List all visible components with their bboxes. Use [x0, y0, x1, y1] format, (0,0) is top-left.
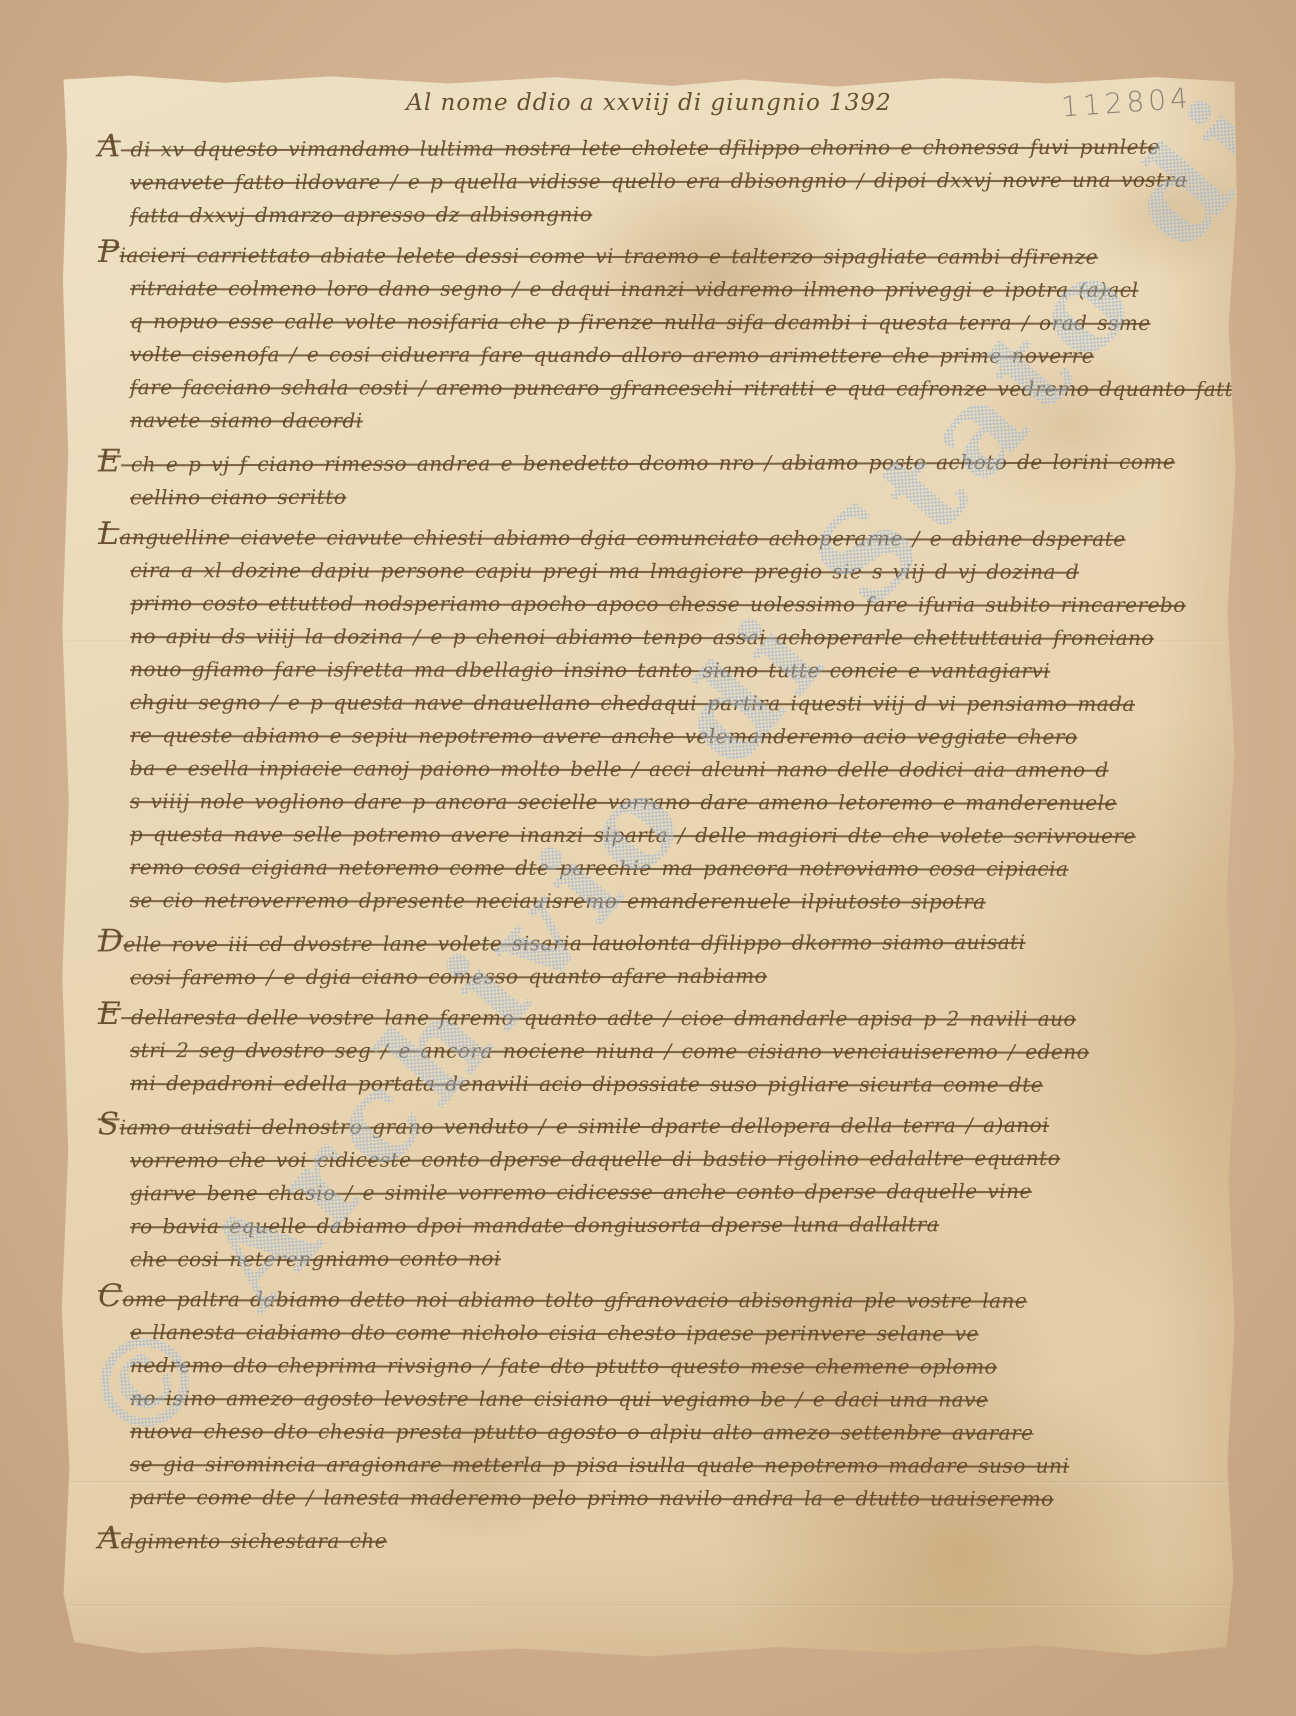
- manuscript-line: Adgimento sichestara che: [98, 1521, 1192, 1559]
- manuscript-line: ba e esella inpiacie canoj paiono molto …: [130, 752, 1192, 787]
- manuscript-line: p questa nave selle potremo avere inanzi…: [130, 818, 1192, 853]
- manuscript-line: nuova cheso dto chesia presta ptutto ago…: [130, 1415, 1192, 1450]
- manuscript-line: A di xv dquesto vimandamo lultima nostra…: [98, 129, 1192, 167]
- manuscript-line: stri 2 seg dvostro seg / e ancora nocien…: [130, 1034, 1192, 1069]
- manuscript-line: se gia siromincia aragionare metterla p …: [130, 1448, 1192, 1483]
- manuscript-page: Al nome ddio a xxviij di giungnio 1392 1…: [60, 74, 1238, 1658]
- manuscript-line: s viiij nole vogliono dare p ancora seci…: [130, 785, 1192, 820]
- manuscript-line: vorremo che voi cidiceste conto dperse d…: [130, 1142, 1192, 1178]
- manuscript-line: giarve bene chasio / e simile vorremo ci…: [130, 1175, 1192, 1211]
- letter-paragraph: E ch e p vj f ciano rimesso andrea e ben…: [98, 444, 1192, 515]
- manuscript-line: navete siamo dacordi: [130, 404, 1192, 439]
- manuscript-line: che cosi neterengniamo conto noi: [130, 1241, 1192, 1277]
- manuscript-line: remo cosa cigiana netoremo come dte pare…: [130, 851, 1192, 886]
- manuscript-line: no apiu ds viiij la dozina / e p chenoi …: [130, 620, 1192, 655]
- letter-paragraph: Adgimento sichestara che: [98, 1521, 1192, 1559]
- manuscript-line: Piacieri carriettato abiate lelete dessi…: [98, 237, 1192, 274]
- manuscript-line: cira a xl dozine dapiu persone capiu pre…: [130, 554, 1192, 589]
- letter-paragraph: Delle rove iii cd dvostre lane volete si…: [98, 924, 1192, 995]
- manuscript-line: se cio netroverremo dpresente neciauisre…: [130, 884, 1192, 919]
- manuscript-line: cosi faremo / e dgia ciano comesso quant…: [130, 959, 1192, 995]
- fold-crease: [60, 1604, 1238, 1607]
- letter-paragraph: A di xv dquesto vimandamo lultima nostra…: [98, 129, 1192, 233]
- manuscript-line: Languelline ciavete ciavute chiesti abia…: [98, 519, 1192, 556]
- manuscript-line: no isino amezo agosto levostre lane cisi…: [130, 1382, 1192, 1417]
- manuscript-line: nouo gfiamo fare isfretta ma dbellagio i…: [130, 653, 1192, 688]
- archive-mat: Al nome ddio a xxviij di giungnio 1392 1…: [0, 0, 1296, 1716]
- manuscript-line: E ch e p vj f ciano rimesso andrea e ben…: [98, 444, 1192, 482]
- manuscript-line: E dellaresta delle vostre lane faremo qu…: [98, 999, 1192, 1036]
- manuscript-line: re queste abiamo e sepiu nepotremo avere…: [130, 719, 1192, 754]
- manuscript-line: cellino ciano scritto: [130, 479, 1192, 515]
- letter-body: A di xv dquesto vimandamo lultima nostra…: [98, 130, 1192, 1564]
- letter-paragraph: Languelline ciavete ciavute chiesti abia…: [98, 519, 1193, 919]
- manuscript-line: Delle rove iii cd dvostre lane volete si…: [98, 924, 1192, 962]
- manuscript-line: volte cisenofa / e cosi ciduerra fare qu…: [130, 338, 1192, 373]
- manuscript-line: fatta dxxvj dmarzo apresso dz albisongni…: [130, 197, 1192, 233]
- letter-paragraph: Come paltra dabiamo detto noi abiamo tol…: [98, 1281, 1192, 1516]
- manuscript-line: q nopuo esse calle volte nosifaria che p…: [130, 305, 1192, 340]
- manuscript-line: primo costo ettuttod nodsperiamo apocho …: [130, 587, 1192, 622]
- manuscript-line: chgiu segno / e p questa nave dnauellano…: [130, 686, 1192, 721]
- manuscript-line: venavete fatto ildovare / e p quella vid…: [130, 164, 1192, 200]
- manuscript-line: Siamo auisati delnostro grano venduto / …: [98, 1107, 1192, 1145]
- manuscript-line: mi depadroni edella portata denavili aci…: [130, 1067, 1192, 1102]
- manuscript-line: parte come dte / lanesta maderemo pelo p…: [130, 1481, 1192, 1516]
- manuscript-line: fare facciano schala costi / aremo punca…: [130, 371, 1192, 406]
- manuscript-line: ro bavia equelle dabiamo dpoi mandate do…: [130, 1208, 1192, 1244]
- manuscript-line: nedremo dto cheprima rivsigno / fate dto…: [130, 1349, 1192, 1384]
- manuscript-line: e llanesta ciabiamo dto come nicholo cis…: [130, 1316, 1192, 1351]
- manuscript-line: ritraiate colmeno loro dano segno / e da…: [130, 272, 1192, 307]
- archive-number-pencil: 112804: [1060, 81, 1193, 123]
- letter-paragraph: E dellaresta delle vostre lane faremo qu…: [98, 999, 1192, 1102]
- letter-paragraph: Piacieri carriettato abiate lelete dessi…: [98, 237, 1192, 439]
- manuscript-line: Come paltra dabiamo detto noi abiamo tol…: [98, 1281, 1192, 1318]
- letter-paragraph: Siamo auisati delnostro grano venduto / …: [98, 1107, 1192, 1277]
